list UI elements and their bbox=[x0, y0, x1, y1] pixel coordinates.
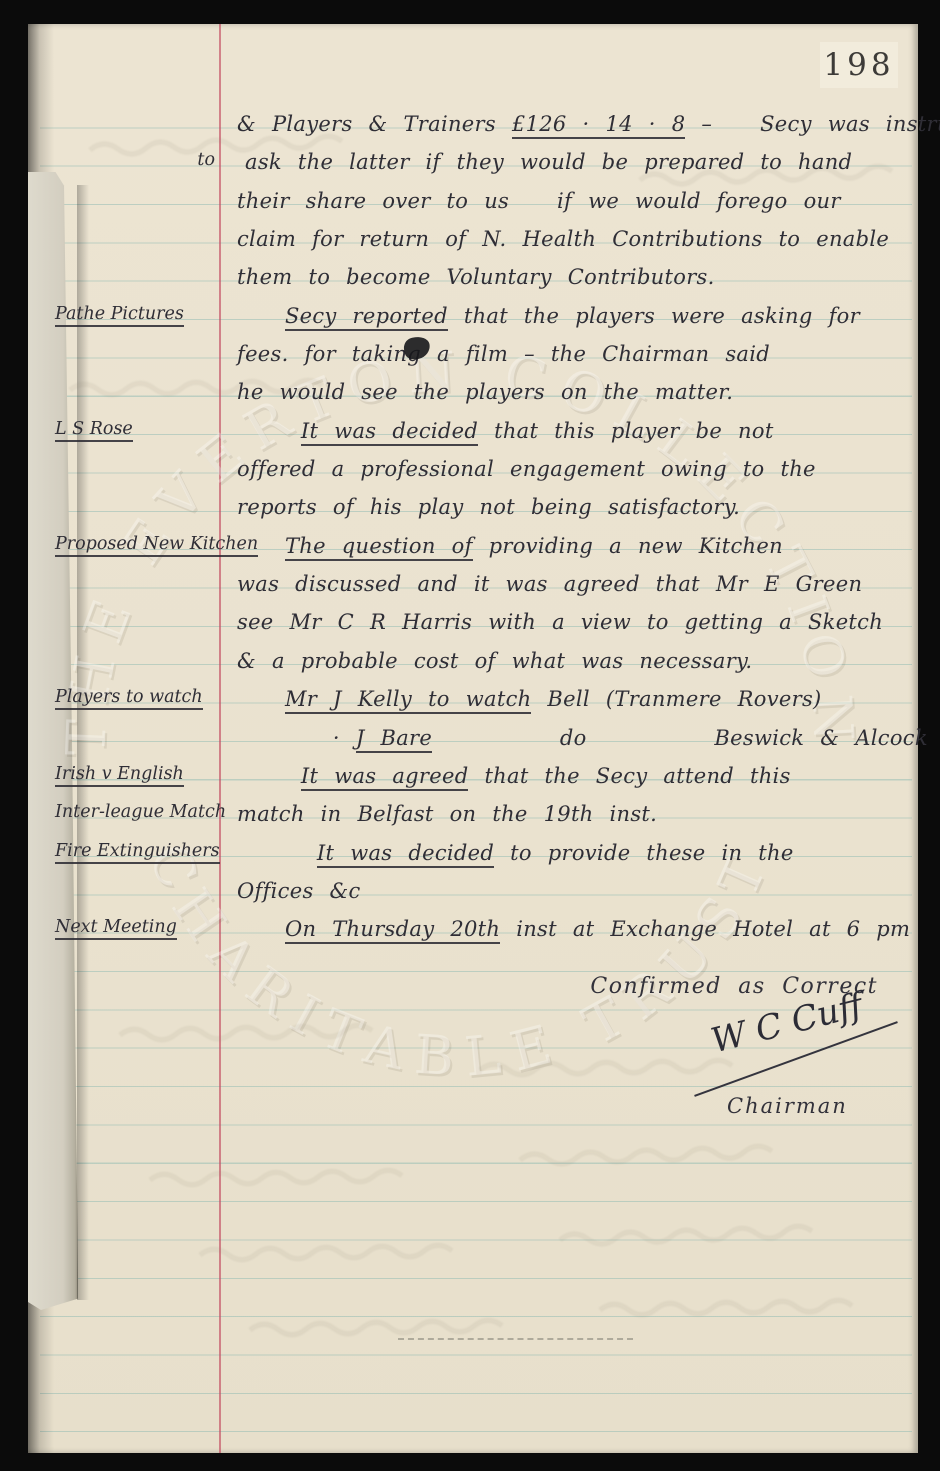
margin-heading-players-to-watch: Players to watch bbox=[55, 680, 215, 718]
minute-line: them to become Voluntary Contributors. bbox=[55, 258, 911, 296]
body-line: It was decided that this player be not bbox=[215, 412, 911, 450]
body-line: fees. for taking a film – the Chairman s… bbox=[215, 335, 911, 373]
margin-heading-fire-extinguishers: Fire Extinguishers bbox=[55, 834, 215, 872]
minute-line: · J Bare do Beswick & Alcock (Congleton) bbox=[55, 719, 911, 757]
body-line: them to become Voluntary Contributors. bbox=[215, 258, 911, 296]
minute-line: Proposed New Kitchen The question of pro… bbox=[55, 527, 911, 565]
body-line: Secy reported that the players were aski… bbox=[215, 297, 911, 335]
signature-role: Chairman bbox=[727, 1094, 848, 1118]
margin-heading-pathe-pictures: Pathe Pictures bbox=[55, 297, 215, 335]
minute-line: Offices &c bbox=[55, 872, 911, 910]
body-line: match in Belfast on the 19th inst. bbox=[215, 795, 911, 833]
minute-line: offered a professional engagement owing … bbox=[55, 450, 911, 488]
body-line: · J Bare do Beswick & Alcock (Congleton) bbox=[215, 719, 940, 757]
minute-line: their share over to us if we would foreg… bbox=[55, 182, 911, 220]
minute-line: reports of his play not being satisfacto… bbox=[55, 488, 911, 526]
body-line: offered a professional engagement owing … bbox=[215, 450, 911, 488]
minute-book-scan: THE EVERTON COLLECTION THE EVERTON COLLE… bbox=[0, 0, 940, 1471]
minute-line: & Players & Trainers £126 · 14 · 8 – Sec… bbox=[55, 105, 911, 143]
margin-heading-inter-league-match: Inter-league Match bbox=[55, 795, 215, 833]
body-line: Offices &c bbox=[215, 872, 911, 910]
minute-line: Inter-league Match match in Belfast on t… bbox=[55, 795, 911, 833]
body-line: reports of his play not being satisfacto… bbox=[215, 488, 911, 526]
body-line: It was agreed that the Secy attend this bbox=[215, 757, 911, 795]
body-line: & Players & Trainers £126 · 14 · 8 – Sec… bbox=[215, 105, 940, 143]
body-line: he would see the players on the matter. bbox=[215, 373, 911, 411]
body-line: their share over to us if we would foreg… bbox=[215, 182, 911, 220]
minute-line: Players to watch Mr J Kelly to watch Bel… bbox=[55, 680, 911, 718]
body-line: claim for return of N. Health Contributi… bbox=[215, 220, 911, 258]
body-line: was discussed and it was agreed that Mr … bbox=[215, 565, 911, 603]
minute-line: to ask the latter if they would be prepa… bbox=[55, 143, 911, 181]
minute-line: L S Rose It was decided that this player… bbox=[55, 412, 911, 450]
body-line: & a probable cost of what was necessary. bbox=[215, 642, 911, 680]
minute-line: he would see the players on the matter. bbox=[55, 373, 911, 411]
minutes-text: & Players & Trainers £126 · 14 · 8 – Sec… bbox=[55, 105, 911, 949]
body-line: Mr J Kelly to watch Bell (Tranmere Rover… bbox=[215, 680, 911, 718]
minute-line: & a probable cost of what was necessary. bbox=[55, 642, 911, 680]
margin-word: to bbox=[55, 143, 223, 181]
minute-line: Pathe Pictures Secy reported that the pl… bbox=[55, 297, 911, 335]
minute-line: was discussed and it was agreed that Mr … bbox=[55, 565, 911, 603]
minute-line: see Mr C R Harris with a view to getting… bbox=[55, 603, 911, 641]
pencil-mark bbox=[398, 1338, 633, 1340]
page-number: 198 bbox=[820, 42, 898, 88]
body-line: see Mr C R Harris with a view to getting… bbox=[215, 603, 911, 641]
body-line: It was decided to provide these in the bbox=[215, 834, 911, 872]
body-line: ask the latter if they would be prepared… bbox=[223, 143, 911, 181]
margin-heading-proposed-new-kitchen: Proposed New Kitchen bbox=[55, 527, 215, 565]
body-line: On Thursday 20th inst at Exchange Hotel … bbox=[215, 910, 911, 948]
minute-line: Irish v English It was agreed that the S… bbox=[55, 757, 911, 795]
minute-line: Next Meeting On Thursday 20th inst at Ex… bbox=[55, 910, 911, 948]
margin-heading-next-meeting: Next Meeting bbox=[55, 910, 215, 948]
margin-heading bbox=[55, 105, 215, 143]
minute-line: claim for return of N. Health Contributi… bbox=[55, 220, 911, 258]
minute-line: Fire Extinguishers It was decided to pro… bbox=[55, 834, 911, 872]
body-line: The question of providing a new Kitchen bbox=[215, 527, 911, 565]
margin-heading-irish-v-english: Irish v English bbox=[55, 757, 215, 795]
margin-heading-ls-rose: L S Rose bbox=[55, 412, 215, 450]
minute-line: fees. for taking a film – the Chairman s… bbox=[55, 335, 911, 373]
